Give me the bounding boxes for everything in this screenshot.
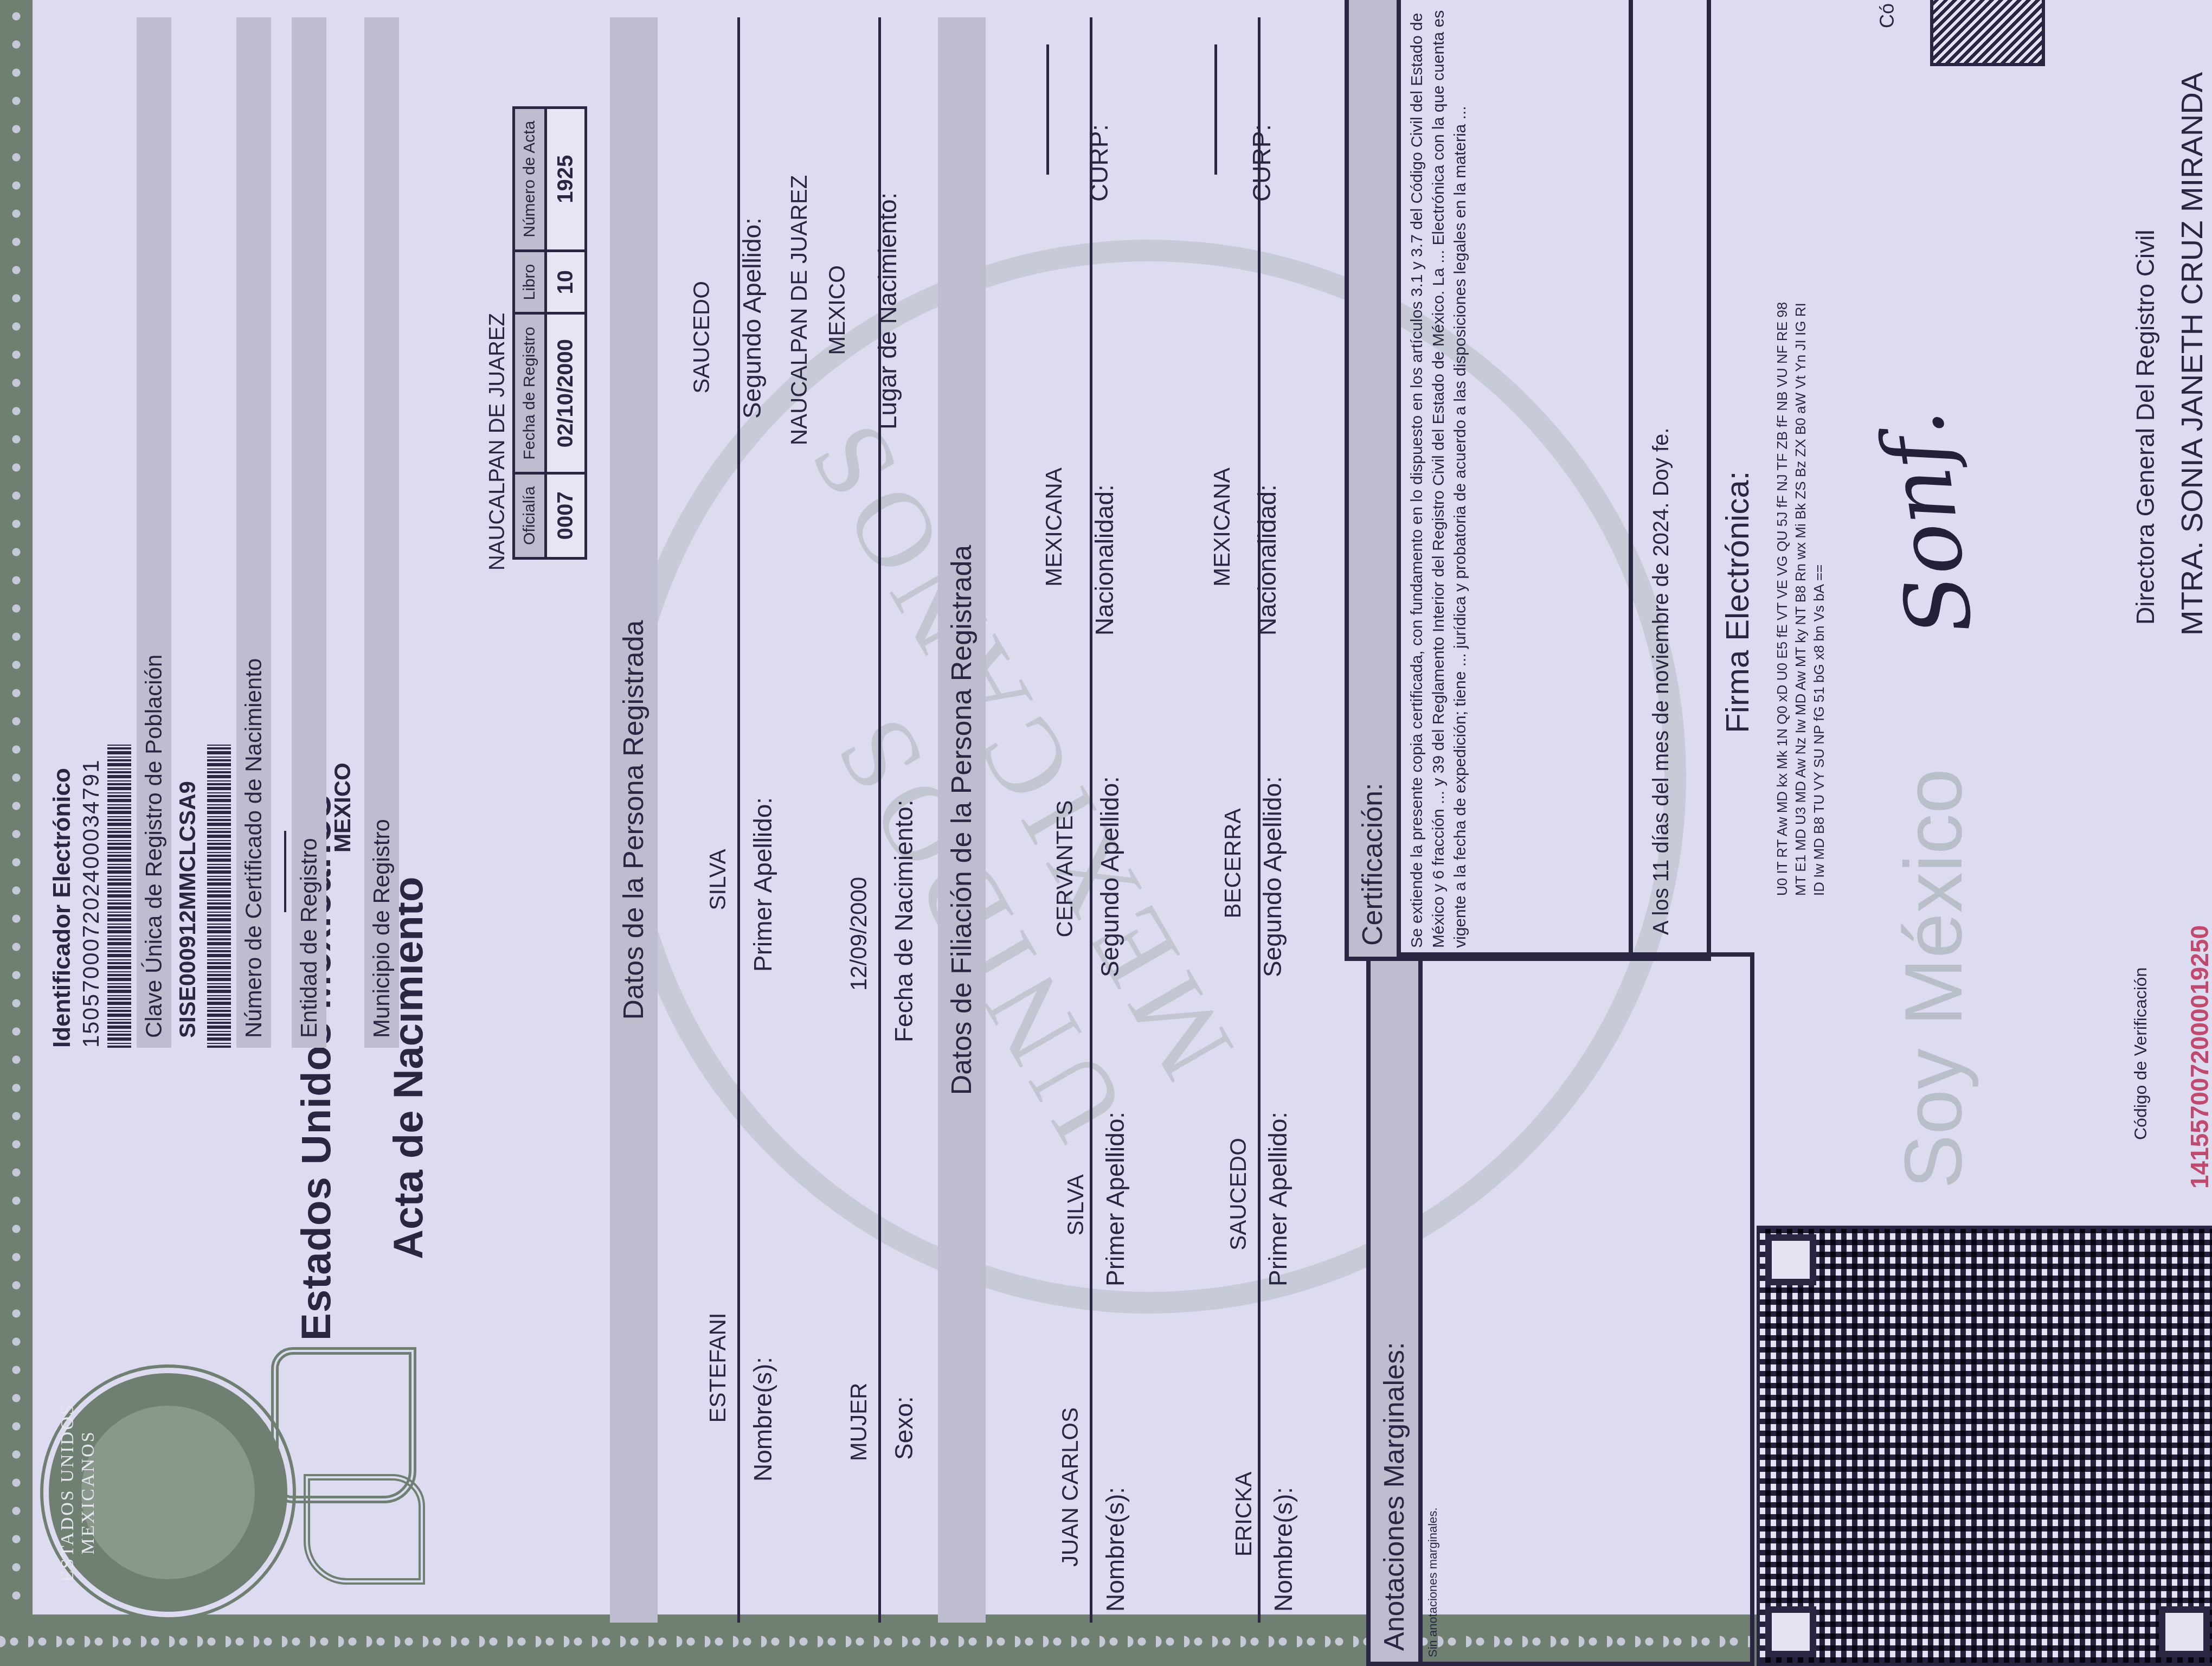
parent2-given-names-label: Nombre(s): bbox=[1269, 1487, 1298, 1612]
parent1-curp-value bbox=[1046, 44, 1049, 175]
first-surname-label: Primer Apellido: bbox=[748, 797, 777, 972]
ornamental-border-top bbox=[0, 0, 33, 1666]
first-surname-value: SILVA bbox=[705, 744, 731, 1015]
seal-text: ESTADOS UNIDOS MEXICANOS bbox=[57, 1373, 99, 1612]
given-names-label: Nombre(s): bbox=[748, 1357, 777, 1482]
sex-label: Sexo: bbox=[889, 1396, 918, 1460]
handwritten-signature: Sonf. bbox=[1861, 406, 1992, 642]
parent1-first-surname: SILVA bbox=[1063, 1124, 1089, 1286]
birth-place-line2: MEXICO bbox=[824, 175, 850, 446]
table-cell-libro: 10 bbox=[546, 251, 586, 313]
parent2-curp-label: CURP: bbox=[1247, 124, 1276, 202]
parent2-second-surname: BECERRA bbox=[1220, 728, 1246, 999]
birth-certificate-number-label: Número de Certificado de Nacimiento bbox=[236, 17, 271, 1048]
second-surname-label: Segundo Apellido: bbox=[737, 217, 767, 419]
registry-municipality-label: Municipio de Registro bbox=[364, 17, 399, 1048]
parent1-given-names: JUAN CARLOS bbox=[1057, 1351, 1083, 1623]
parent2-nationality-label: Nacionalidad: bbox=[1252, 484, 1282, 636]
parent2-nationality: MEXICANA bbox=[1209, 392, 1235, 663]
national-seal-icon: ESTADOS UNIDOS MEXICANOS bbox=[43, 1368, 293, 1617]
certification-issued-date: A los 11 días del mes de noviembre de 20… bbox=[1633, 0, 1690, 957]
signature-code-line: U0 IT RT Aw MD kx Mk 1N Q0 xD U0 E5 fE V… bbox=[1773, 82, 1791, 896]
slogan-text: Soy México bbox=[1887, 768, 1980, 1189]
barcode-icon bbox=[107, 744, 131, 1048]
table-cell-numero-acta: 1925 bbox=[546, 107, 586, 251]
parent2-curp-value bbox=[1214, 44, 1217, 175]
ornament-icon bbox=[304, 1474, 425, 1585]
table-header: Libro bbox=[514, 251, 546, 313]
table-cell-fecha-registro: 02/10/2000 bbox=[546, 313, 586, 473]
partial-label: Có bbox=[1876, 3, 1899, 28]
electronic-signature-title: Firma Electrónica: bbox=[1719, 471, 1756, 733]
signatory-title: Directora General Del Registro Civil bbox=[2131, 229, 2160, 625]
table-header: Fecha de Registro bbox=[514, 313, 546, 473]
second-surname-value: SAUCEDO bbox=[689, 202, 715, 473]
certification-text: Se extiende la presente copia certificad… bbox=[1401, 0, 1633, 957]
parent2-first-surname-label: Primer Apellido: bbox=[1263, 1112, 1293, 1286]
curp-value: SISE000912MMCLCSA9 bbox=[171, 17, 204, 1048]
signatory-name: MTRA. SONIA JANETH CRUZ MIRANDA bbox=[2174, 72, 2209, 636]
verification-code-value: 1415570072000019250 bbox=[2185, 925, 2212, 1189]
registry-entity-value: MEXICO bbox=[326, 17, 359, 1048]
parent1-second-surname-label: Segundo Apellido: bbox=[1095, 776, 1124, 977]
barcode-icon bbox=[207, 744, 231, 1048]
parent1-nationality: MEXICANA bbox=[1041, 392, 1067, 663]
qr-code-small-icon bbox=[1930, 0, 2045, 66]
registry-entity-label: Entidad de Registro bbox=[292, 17, 326, 1048]
parent1-first-surname-label: Primer Apellido: bbox=[1101, 1112, 1130, 1286]
verification-code-label: Código de Verificación bbox=[2131, 967, 2151, 1140]
parent2-second-surname-label: Segundo Apellido: bbox=[1258, 776, 1287, 977]
parent1-nationality-label: Nacionalidad: bbox=[1090, 484, 1119, 636]
signature-code-line: MT E1 MD U3 MD Aw Nz Iw MD Aw MT ky NT B… bbox=[1791, 82, 1810, 896]
parent2-given-names: ERICKA bbox=[1231, 1406, 1257, 1623]
parent1-curp-label: CURP: bbox=[1084, 124, 1114, 202]
electronic-id-label: Identificador Electrónico bbox=[49, 17, 76, 1048]
curp-label: Clave Única de Registro de Población bbox=[137, 17, 171, 1048]
electronic-signature-code: U0 IT RT Aw MD kx Mk 1N Q0 xD U0 E5 fE V… bbox=[1773, 82, 1828, 896]
sex-value: MUJER bbox=[846, 1341, 872, 1503]
registration-table: Oficialía Fecha de Registro Libro Número… bbox=[512, 106, 587, 560]
parent1-given-names-label: Nombre(s): bbox=[1101, 1487, 1130, 1612]
marginal-notes-box: Anotaciones Marginales: Sin anotaciones … bbox=[1366, 952, 1754, 1666]
identifier-block: Identificador Electrónico 15057000720240… bbox=[49, 17, 399, 1048]
parent2-first-surname: SAUCEDO bbox=[1225, 1059, 1251, 1330]
birth-certificate-number-value bbox=[284, 831, 286, 912]
divider bbox=[1090, 17, 1092, 1623]
marginal-notes-text: Sin anotaciones marginales. bbox=[1423, 957, 1443, 1662]
birth-date-label: Fecha de Nacimiento: bbox=[889, 800, 918, 1042]
electronic-id-value: 150570007202400034791 bbox=[78, 17, 104, 1048]
table-header: Oficialía bbox=[514, 473, 546, 558]
certification-title: Certificación: bbox=[1349, 0, 1401, 957]
birth-place-line1: NAUCALPAN DE JUAREZ bbox=[786, 66, 812, 554]
birth-date-value: 12/09/2000 bbox=[846, 798, 872, 1069]
signature-code-line: ID Iw MD B8 TU VY SU NP fG 51 bG x8 bn V… bbox=[1810, 82, 1828, 896]
table-cell-oficialia: 0007 bbox=[546, 473, 586, 558]
parent1-second-surname: CERVANTES bbox=[1052, 733, 1078, 1004]
marginal-notes-title: Anotaciones Marginales: bbox=[1371, 957, 1423, 1662]
certification-box: Certificación: Se extiende la presente c… bbox=[1345, 0, 1711, 961]
section-title-registered-person: Datos de la Persona Registrada bbox=[610, 17, 658, 1623]
table-header: Número de Acta bbox=[514, 107, 546, 251]
birth-certificate-document: ESTADOS UNIDOS MEXICANOS UNIDOS MEXICANO… bbox=[0, 0, 2212, 1666]
birth-place-label: Lugar de Nacimiento: bbox=[873, 193, 902, 430]
section-title-filiation: Datos de Filiación de la Persona Registr… bbox=[938, 17, 986, 1623]
registry-municipality-value: NAUCALPAN DE JUAREZ bbox=[485, 313, 510, 571]
qr-code-icon bbox=[1757, 1226, 2212, 1666]
given-names-value: ESTEFANI bbox=[705, 1232, 731, 1503]
